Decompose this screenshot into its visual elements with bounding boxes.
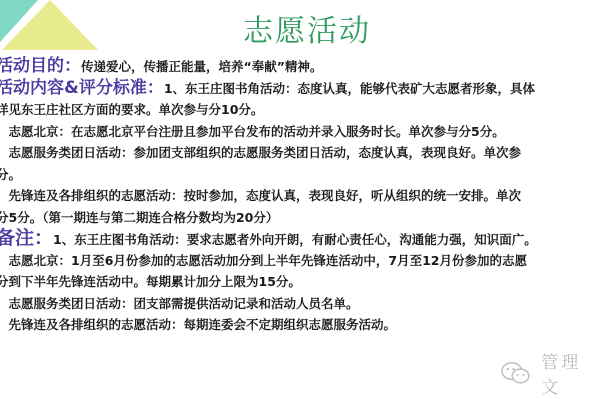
criteria-heading: 活动内容&评分标准： <box>0 78 164 98</box>
criteria-line-7: 分5分。（第一期连与第二期连合格分数均为20分） <box>0 207 600 229</box>
criteria-line-6: 、先锋连及各排组织的志愿活动：按时参加，态度认真，表现良好，听从组织的统一安排。… <box>0 185 600 207</box>
criteria-line-4: 、志愿服务类团日活动：参加团支部组织的志愿服务类团日活动，态度认真，表现良好。单… <box>0 142 600 164</box>
slide-title: 志愿活动 <box>0 6 600 50</box>
notes-line-1: 备注：1、东王庄图书角活动：要求志愿者外向开朗，有耐心责任心，沟通能力强，知识面… <box>0 228 600 250</box>
notes-line-4: 、志愿服务类团日活动：团支部需提供活动记录和活动人员名单。 <box>0 293 600 315</box>
watermark-text: 管理文 <box>541 348 600 398</box>
purpose-line: 活动目的：传递爱心，传播正能量，培养“奉献”精神。 <box>0 56 600 78</box>
criteria-line-2: 详见东王庄社区方面的要求。单次参与分10分。 <box>0 99 600 121</box>
purpose-text: 传递爱心，传播正能量，培养“奉献”精神。 <box>81 59 322 74</box>
notes-line-2: 、志愿北京：1月至6月份参加的志愿活动加分到上半年先锋连活动中，7月至12月份参… <box>0 250 600 272</box>
watermark: 管理文 <box>500 348 600 398</box>
criteria-line-1: 活动内容&评分标准：1、东王庄图书角活动：态度认真，能够代表矿大志愿者形象，具体 <box>0 78 600 100</box>
purpose-heading: 活动目的： <box>0 56 81 76</box>
notes-line-5: 、先锋连及各排组织的志愿活动：每期连委会不定期组织志愿服务活动。 <box>0 314 600 336</box>
notes-heading: 备注： <box>0 227 53 249</box>
criteria-line-5: 分。 <box>0 164 600 186</box>
wechat-icon <box>500 360 531 386</box>
notes-line-3: 分到下半年先锋连活动中。每期累计加分上限为15分。 <box>0 271 600 293</box>
notes-text: 1、东王庄图书角活动：要求志愿者外向开朗，有耐心责任心，沟通能力强，知识面广。 <box>53 232 537 247</box>
criteria-line-3: 、志愿北京：在志愿北京平台注册且参加平台发布的活动并录入服务时长。单次参与分5分… <box>0 121 600 143</box>
slide-body: 活动目的：传递爱心，传播正能量，培养“奉献”精神。 活动内容&评分标准：1、东王… <box>0 56 600 336</box>
criteria-text: 1、东王庄图书角活动：态度认真，能够代表矿大志愿者形象，具体 <box>164 81 535 96</box>
